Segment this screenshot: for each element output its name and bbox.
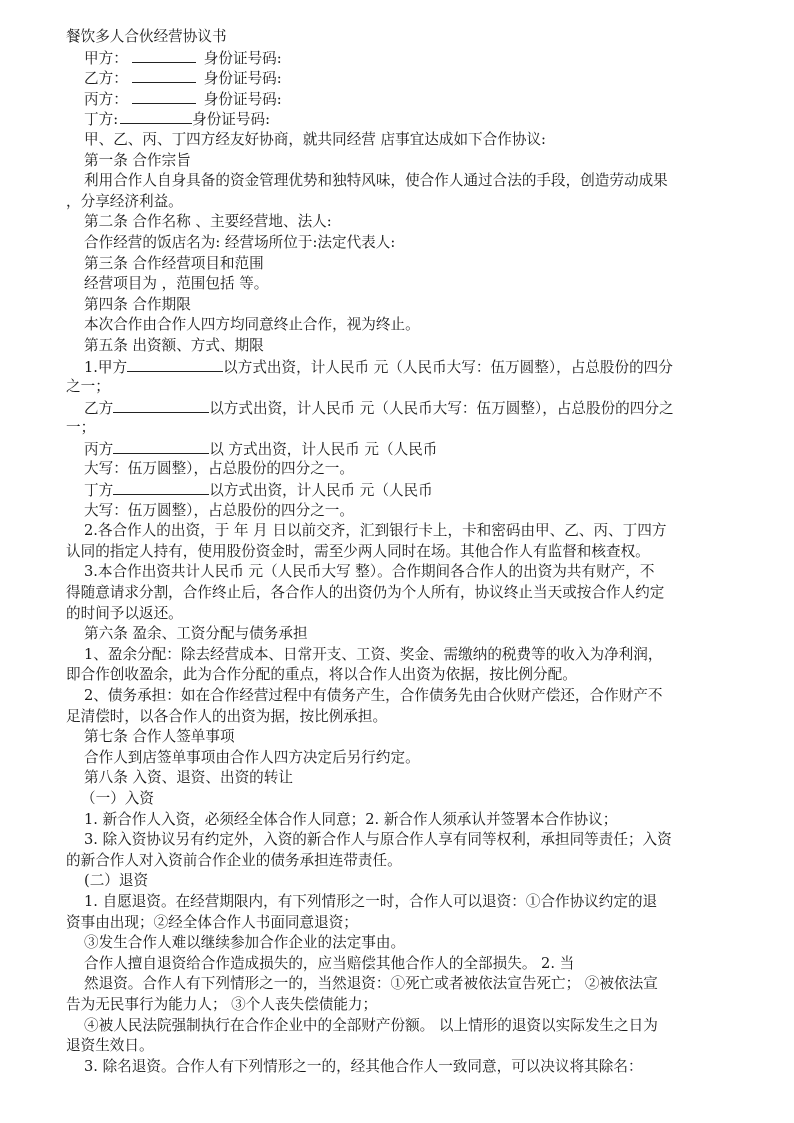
section-exit-l6: 3. 除名退资。合作人有下列情形之一的，经其他合作人一致同意，可以决议将其除名： xyxy=(66,1057,728,1078)
contribution-jia-cont: 之一； xyxy=(66,377,728,398)
article-7-text: 合作人到店签单事项由合作人四方决定后另行约定。 xyxy=(66,748,728,769)
name-blank[interactable] xyxy=(132,68,196,83)
contribution-bing: 丙方以 方式出资，计人民币 元（人民币 xyxy=(66,439,728,460)
section-exit-heading: (二）退资 xyxy=(66,871,728,892)
party-label: 乙方： xyxy=(84,70,128,87)
article-6-p1: 1、盈余分配：除去经营成本、日常开支、工资、奖金、需缴纳的税费等的收入为净利润， xyxy=(66,645,728,666)
article-1-text-cont: ，分享经济利益。 xyxy=(66,192,728,213)
section-entry-l1: 1. 新合作人入资，必须经全体合作人同意；2. 新合作人须承认并签署本合作协议； xyxy=(66,810,728,831)
section-entry-heading: （一）入资 xyxy=(66,789,728,810)
party-label: 丙方 xyxy=(84,441,113,458)
article-3-heading: 第三条 合作经营项目和范围 xyxy=(66,254,728,275)
party-bing: 丙方：身份证号码: xyxy=(66,89,728,110)
name-blank[interactable] xyxy=(120,109,192,124)
contribution-blank[interactable] xyxy=(113,439,209,454)
article-1-text: 利用合作人自身具备的资金管理优势和独特风味，使合作人通过合法的手段，创造劳动成果 xyxy=(66,171,728,192)
contribution-text: 以方式出资，计人民币 元（人民币 xyxy=(209,482,433,499)
article-6-p2-cont: 足清偿时，以各合作人的出资为据，按比例承担。 xyxy=(66,707,728,728)
party-label: 丙方： xyxy=(84,91,128,108)
party-label: 丁方: xyxy=(84,111,118,128)
party-yi: 乙方：身份证号码: xyxy=(66,68,728,89)
article-8-heading: 第八条 入资、退资、出资的转让 xyxy=(66,768,728,789)
contribution-text: 以方式出资，计人民币 元（人民币大写：伍万圆整），占总股份的四分 xyxy=(223,359,673,376)
party-jia: 甲方：身份证号码: xyxy=(66,48,728,69)
section-exit-l4-cont: 告为无民事行为能力人； ③个人丧失偿债能力； xyxy=(66,995,728,1016)
id-label: 身份证号码: xyxy=(204,91,282,108)
contribution-blank[interactable] xyxy=(127,357,223,372)
section-exit-l4: 然退资。合作人有下列情形之一的，当然退资：①死亡或者被依法宣告死亡； ②被依法宣 xyxy=(66,974,728,995)
article-5-p2: 2.各合作人的出资，于 年 月 日以前交齐，汇到银行卡上，卡和密码由甲、乙、丙、… xyxy=(66,521,728,542)
section-exit-l5: ④被人民法院强制执行在合作企业中的全部财产份额。 以上情形的退资以实际发生之日为 xyxy=(66,1016,728,1037)
article-4-text: 本次合作由合作人四方均同意终止合作，视为终止。 xyxy=(66,315,728,336)
agreement-document: 餐饮多人合伙经营协议书 甲方：身份证号码: 乙方：身份证号码: 丙方：身份证号码… xyxy=(66,27,728,1077)
party-label: 甲方： xyxy=(84,50,128,67)
article-6-p2: 2、债务承担：如在合作经营过程中有债务产生，合作债务先由合伙财产偿还，合作财产不 xyxy=(66,686,728,707)
party-label: 丁方 xyxy=(84,482,113,499)
name-blank[interactable] xyxy=(132,48,196,63)
contribution-blank[interactable] xyxy=(113,398,209,413)
section-entry-l2-cont: 的新合作人对入资前合作企业的债务承担连带责任。 xyxy=(66,851,728,872)
section-exit-l5-cont: 退资生效日。 xyxy=(66,1036,728,1057)
contribution-ding-cont: 大写：伍万圆整），占总股份的四分之一。 xyxy=(66,501,728,522)
id-label: 身份证号码: xyxy=(204,50,282,67)
name-blank[interactable] xyxy=(132,89,196,104)
document-title: 餐饮多人合伙经营协议书 xyxy=(66,27,728,48)
article-6-p1-cont: 即合作创收盈余，此为合作分配的重点，将以合作人出资为依据，按比例分配。 xyxy=(66,665,728,686)
article-5-p3: 3.本合作出资共计人民币 元（人民币大写 整）。合作期间各合作人的出资为共有财产… xyxy=(66,562,728,583)
article-5-p3-cont: 得随意请求分割，合作终止后，各合作人的出资仍为个人所有，协议终止当天或按合作人约… xyxy=(66,583,728,604)
article-3-text: 经营项目为 ，范围包括 等。 xyxy=(66,274,728,295)
contribution-bing-cont: 大写：伍万圆整），占总股份的四分之一。 xyxy=(66,459,728,480)
article-2-text: 合作经营的饭店名为: 经营场所位于:法定代表人: xyxy=(66,233,728,254)
article-6-heading: 第六条 盈余、工资分配与债务承担 xyxy=(66,624,728,645)
article-5-p2-cont: 认同的指定人持有，使用股份资金时，需至少两人同时在场。其他合作人有监督和核查权。 xyxy=(66,542,728,563)
contribution-jia: 1.甲方以方式出资，计人民币 元（人民币大写：伍万圆整），占总股份的四分 xyxy=(66,357,728,378)
contribution-text: 以方式出资，计人民币 元（人民币大写：伍万圆整），占总股份的四分之 xyxy=(209,400,673,417)
contribution-yi-cont: 一； xyxy=(66,418,728,439)
section-exit-l2: ③发生合作人难以继续参加合作企业的法定事由。 xyxy=(66,933,728,954)
section-exit-l1-cont: 资事由出现；②经全体合作人书面同意退资； xyxy=(66,913,728,934)
article-2-heading: 第二条 合作名称 、主要经营地、法人: xyxy=(66,212,728,233)
id-label: 身份证号码: xyxy=(192,111,270,128)
contribution-yi: 乙方以方式出资，计人民币 元（人民币大写：伍万圆整），占总股份的四分之 xyxy=(66,398,728,419)
contribution-text: 以 方式出资，计人民币 元（人民币 xyxy=(209,441,437,458)
article-1-heading: 第一条 合作宗旨 xyxy=(66,151,728,172)
section-exit-l1: 1. 自愿退资。在经营期限内，有下列情形之一时，合作人可以退资：①合作协议约定的… xyxy=(66,892,728,913)
party-ding: 丁方:身份证号码: xyxy=(66,109,728,130)
article-7-heading: 第七条 合作人签单事项 xyxy=(66,727,728,748)
section-entry-l2: 3. 除入资协议另有约定外，入资的新合作人与原合作人享有同等权利，承担同等责任；… xyxy=(66,830,728,851)
section-exit-l3: 合作人擅自退资给合作造成损失的，应当赔偿其他合作人的全部损失。 2. 当 xyxy=(66,954,728,975)
article-5-heading: 第五条 出资额、方式、期限 xyxy=(66,336,728,357)
id-label: 身份证号码: xyxy=(204,70,282,87)
contribution-ding: 丁方以方式出资，计人民币 元（人民币 xyxy=(66,480,728,501)
party-label: 1.甲方 xyxy=(84,359,127,376)
article-5-p3-cont2: 的时间予以返还。 xyxy=(66,604,728,625)
contribution-blank[interactable] xyxy=(113,480,209,495)
preamble: 甲、乙、丙、丁四方经友好协商，就共同经营 店事宜达成如下合作协议: xyxy=(66,130,728,151)
party-label: 乙方 xyxy=(84,400,113,417)
article-4-heading: 第四条 合作期限 xyxy=(66,295,728,316)
